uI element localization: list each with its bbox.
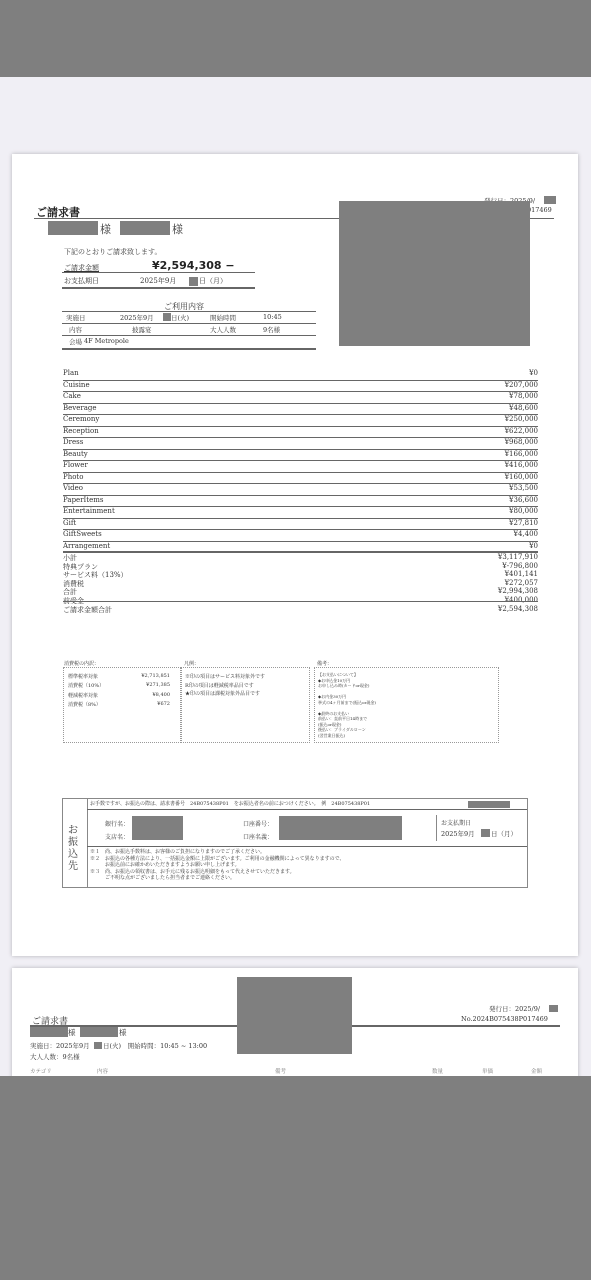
item-amount: ¥80,000 [509,507,538,515]
notes-rule [87,846,527,847]
item-amount: ¥416,000 [505,461,538,469]
tax-value: ¥2,713,851 [141,673,170,679]
redacted-name-2 [120,221,170,235]
item-amount: ¥250,000 [505,415,538,423]
top-redaction-bar [0,0,591,77]
item-amount: ¥27,810 [509,519,538,527]
honorific-2: 様 [172,221,183,237]
item-amount: ¥622,000 [505,427,538,435]
redacted-day-3 [94,1042,102,1049]
tax-label: 軽減税率対象 [68,692,98,699]
account-name-label: 口座名義： [243,832,273,841]
item-amount: ¥166,000 [505,450,538,458]
tax-heading: 消費税の内訳： [64,660,99,667]
item-name: Beauty [63,450,88,458]
page2-issue-date: 発行日：2025/9/ [489,1004,540,1013]
usage-rule-3 [62,335,316,336]
remarks-line: お申し込み時(カードor現金) [318,683,369,689]
legend-box: ※印の項目はサービス料対象外ですR印の項目は軽減税率品目です★印の項目は課税対象… [181,667,310,743]
item-name: Ceremony [63,415,99,423]
bottom-redaction-bar [0,1076,591,1280]
invoice-amount: ¥2,594,308 − [152,259,235,272]
usage-content-value: 披露宴 [132,325,152,334]
item-amount: ¥207,000 [505,381,538,389]
summary-amount: ¥3,117,910 [498,553,538,561]
redacted-name-1 [48,221,98,235]
summary-row: 小計¥3,117,910 [63,553,538,562]
page2-honorific-1: 様 [68,1027,76,1038]
redacted-day-2 [549,1005,558,1012]
due-rule [62,287,255,289]
tax-value: ¥271,385 [146,682,170,688]
remarks-heading: 備考： [317,660,332,667]
item-name: GiftSweets [63,530,102,538]
redacted-name-3 [30,1027,68,1037]
item-amount: ¥968,000 [505,438,538,446]
tax-breakdown-box: 標準税率対象¥2,713,851消費税（10%）¥271,385軽減税率対象¥8… [63,667,181,743]
bank-due-suffix: 日（月） [491,829,517,838]
redacted-account-info [279,816,402,840]
branch-name-label: 支店名： [105,832,129,841]
page2-date-prefix: 実施日：2025年9月 [30,1041,90,1050]
col-amount: 金額 [531,1067,542,1075]
summary-amount: ¥2,594,308 [498,605,538,613]
item-name: Beverage [63,404,97,412]
item-name: Gift [63,519,76,527]
item-amount: ¥53,500 [509,484,538,492]
usage-date-label: 実施日 [66,313,86,322]
usage-content-label: 内容 [69,325,82,334]
bank-notice: お手数ですが、お振込の際は、請求書番号 24B075438P01 をお振込者名の… [90,800,370,807]
page2-honorific-2: 様 [119,1027,127,1038]
item-amount: ¥36,600 [509,496,538,504]
item-name: Reception [63,427,99,435]
item-name: Photo [63,473,83,481]
usage-start-value: 10:45 [263,313,282,321]
redacted-notice-suffix [468,801,510,808]
item-name: Video [63,484,83,492]
tax-value: ¥8,400 [153,692,171,698]
tax-label: 標準税率対象 [68,673,98,680]
due-divider [436,815,437,841]
col-unit-price: 単価 [482,1067,493,1075]
summary-amount: ¥-796,800 [502,562,538,570]
item-name: Arrangement [63,542,110,550]
bank-note-line: ご不明な点がございましたら担当者までご連絡ください。 [90,874,235,881]
summary-row: ご請求金額合計¥2,594,308 [63,605,538,614]
usage-rule-1 [62,311,316,312]
item-amount: ¥0 [529,542,538,550]
redacted-day [544,196,556,204]
col-quantity: 数量 [432,1067,443,1075]
item-amount: ¥0 [529,369,538,377]
total-rule [63,601,538,602]
legend-heading: 凡例： [184,660,199,667]
due-value-prefix: 2025年9月 [140,276,176,286]
bank-transfer-box: お振込先 お手数ですが、お振込の際は、請求書番号 24B075438P01 をお… [62,798,528,888]
due-value-suffix: 日（月） [199,276,227,286]
tax-label: 消費税（8%） [68,701,101,708]
bank-due-prefix: 2025年9月 [441,829,475,838]
col-category: カテゴリ [30,1067,52,1075]
summary-amount: ¥2,994,308 [498,587,538,595]
item-name: Cuisine [63,381,90,389]
page2-adults: 大人人数：9名様 [30,1052,80,1061]
col-content: 内容 [97,1067,108,1075]
item-amount: ¥48,600 [509,404,538,412]
intro-text: 下記のとおりご請求致します。 [64,247,161,257]
col-remarks: 備考 [275,1067,286,1075]
usage-adults-label: 大人人数 [210,325,236,334]
remarks-box: 【お支払いについて】◆お申込金10万円お申し込み時(カードor現金)◆お内金30… [314,667,499,743]
usage-venue-label: 会場 [69,337,82,346]
legend-line: ★印の項目は課税対象外品目です [185,690,260,697]
notice-rule [87,809,527,810]
bank-name-label: 銀行名： [105,819,129,828]
invoice-page-2: ご請求書 発行日：2025/9/ No.2024B075438P017469 様… [12,968,578,1088]
item-amount: ¥78,000 [509,392,538,400]
redacted-logo-block-2 [237,977,352,1054]
summary-row: サービス料（13%）¥401,141 [63,570,538,579]
due-label: お支払期日 [64,276,99,286]
invoice-page-1: ご請求書 発行日：2025/9/ 017469 様 様 下記のとおりご請求致しま… [12,154,578,956]
usage-adults-value: 9名様 [263,325,280,334]
item-name: Flower [63,461,88,469]
bank-due-label: お支払期日 [441,818,471,827]
usage-rule-4 [62,348,316,350]
tax-label: 消費税（10%） [68,682,104,689]
usage-start-label: 開始時間 [210,313,236,322]
tax-value: ¥672 [157,701,170,707]
summary-row: 合計¥2,994,308 [63,587,538,596]
page2-date-suffix: 日(火) 開始時間：10:45 ~ 13:00 [103,1041,207,1050]
usage-venue-value: 4F Metropole [84,337,129,345]
summary-row: 消費税¥272,057 [63,579,538,588]
usage-date-suffix: 日(火) [171,313,189,322]
redacted-bank-info [132,816,183,840]
summary-amount: ¥272,057 [505,579,538,587]
item-name: Cake [63,392,81,400]
redacted-bank-due-day [481,829,490,837]
item-amount: ¥160,000 [505,473,538,481]
usage-rule-2 [62,323,316,324]
legend-line: ※印の項目はサービス料対象外です [185,673,265,680]
legend-line: R印の項目は軽減税率品目です [185,682,254,689]
summary-amount: ¥400,000 [505,596,538,604]
bank-side-cell: お振込先 [63,799,88,887]
remarks-line: 挙式の4ヶ月前まで(振込or現金) [318,700,376,706]
amount-rule [62,272,255,273]
bank-side-label: お振込先 [68,825,82,873]
item-name: PaperItems [63,496,104,504]
account-number-label: 口座番号： [243,819,273,828]
item-name: Plan [63,369,79,377]
item-name: Entertainment [63,507,115,515]
redacted-due-day [189,277,198,286]
redacted-usage-day [163,313,171,321]
redacted-logo-block [339,201,530,346]
summary-amount: ¥401,141 [505,570,538,578]
page2-invoice-number: No.2024B075438P017469 [461,1015,548,1023]
redacted-name-4 [80,1027,118,1037]
usage-date-prefix: 2025年9月 [120,313,154,322]
honorific-1: 様 [100,221,111,237]
remarks-line: (翌営業日振込) [318,733,345,739]
invoice-number: 017469 [527,206,552,214]
item-name: Dress [63,438,83,446]
summary-name: ご請求金額合計 [63,605,112,615]
summary-row: 特典プラン¥-796,800 [63,562,538,571]
item-amount: ¥4,400 [514,530,539,538]
